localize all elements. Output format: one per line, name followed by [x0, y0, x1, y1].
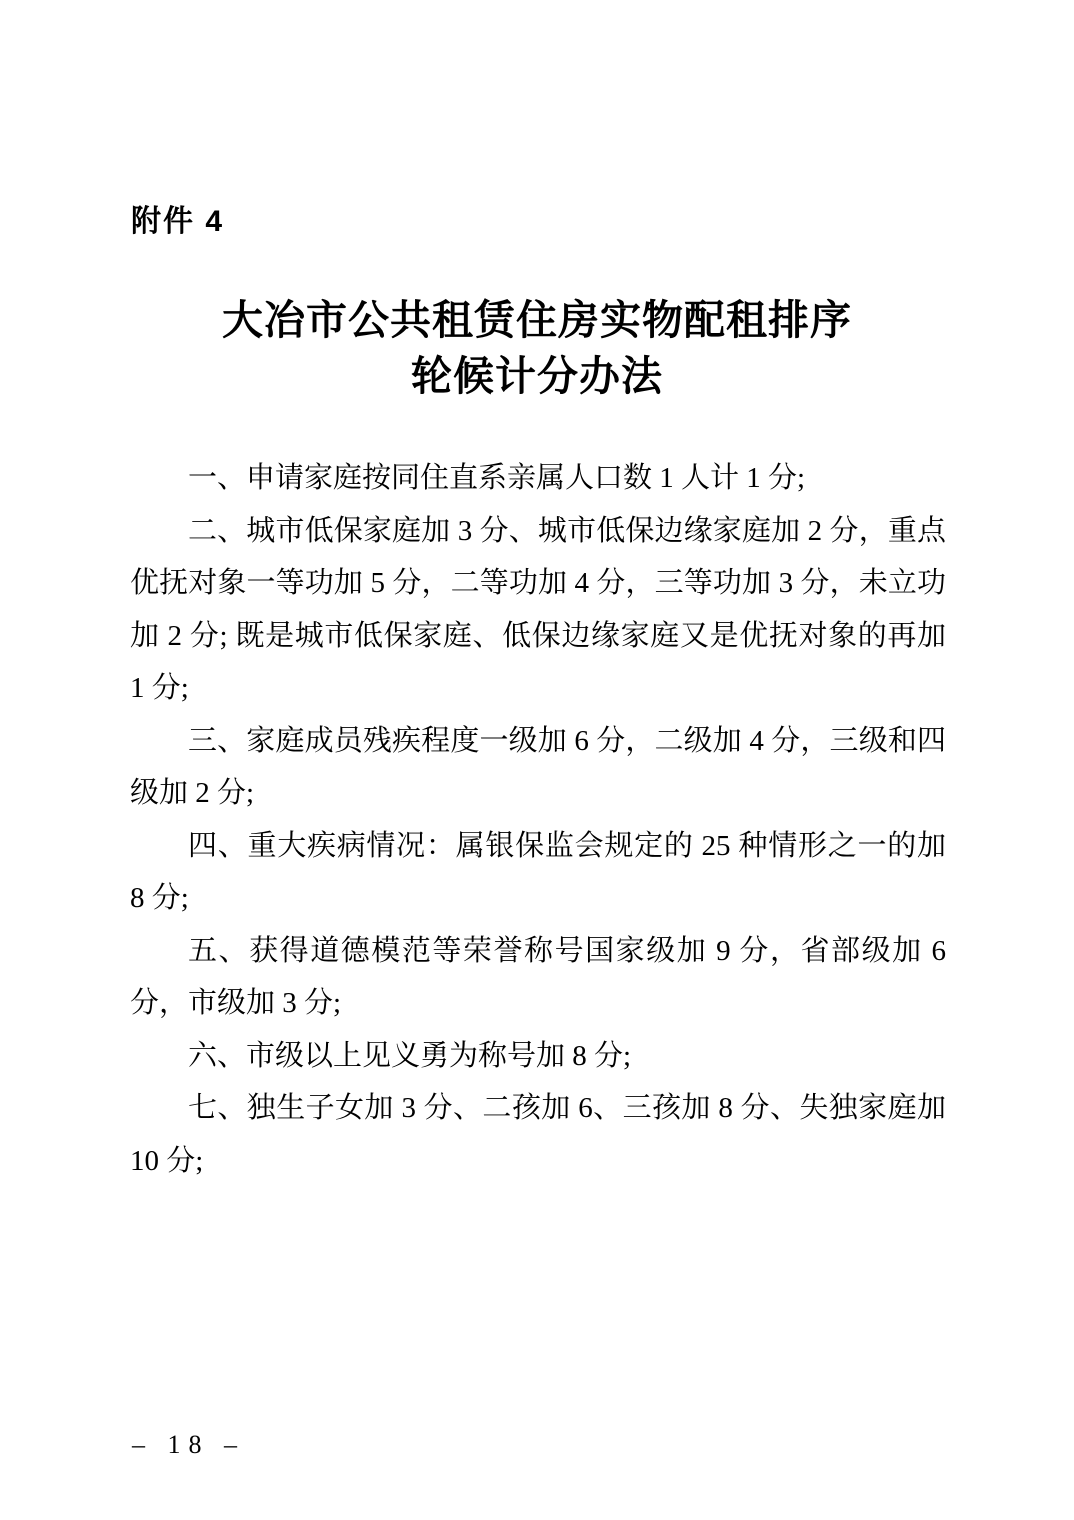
body-paragraph-6: 六、市级以上见义勇为称号加 8 分;	[130, 1030, 946, 1083]
body-paragraph-2: 二、城市低保家庭加 3 分、城市低保边缘家庭加 2 分，重点优抚对象一等功加 5…	[130, 505, 946, 715]
attachment-label: 附件 4	[131, 196, 224, 240]
document-title-line-2: 轮候计分办法	[0, 348, 1074, 404]
document-title-line-1: 大冶市公共租赁住房实物配租排序	[0, 292, 1074, 348]
document-body: 一、申请家庭按同住直系亲属人口数 1 人计 1 分; 二、城市低保家庭加 3 分…	[130, 452, 946, 1187]
document-title: 大冶市公共租赁住房实物配租排序 轮候计分办法	[0, 292, 1074, 404]
body-paragraph-7: 七、独生子女加 3 分、二孩加 6、三孩加 8 分、失独家庭加 10 分;	[130, 1082, 946, 1187]
body-paragraph-4: 四、重大疾病情况：属银保监会规定的 25 种情形之一的加 8 分;	[130, 820, 946, 925]
body-paragraph-5: 五、获得道德模范等荣誉称号国家级加 9 分，省部级加 6 分，市级加 3 分;	[130, 925, 946, 1030]
document-page: 附件 4 大冶市公共租赁住房实物配租排序 轮候计分办法 一、申请家庭按同住直系亲…	[0, 0, 1074, 1520]
body-paragraph-1: 一、申请家庭按同住直系亲属人口数 1 人计 1 分;	[130, 452, 946, 505]
body-paragraph-3: 三、家庭成员残疾程度一级加 6 分，二级加 4 分，三级和四级加 2 分;	[130, 715, 946, 820]
page-number: – 18 –	[132, 1430, 245, 1460]
